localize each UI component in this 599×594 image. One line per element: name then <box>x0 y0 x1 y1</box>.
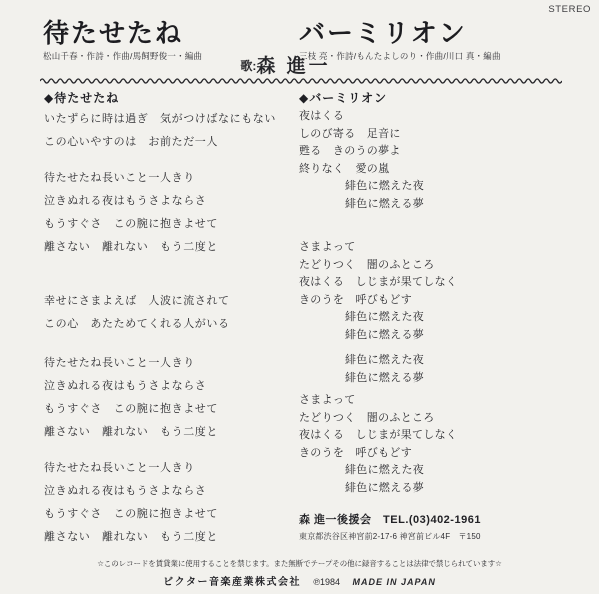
lyric-line: いたずらに時は過ぎ 気がつけばなにもない <box>44 108 298 131</box>
rental-notice: ☆このレコードを賃貸業に使用することを禁じます。また無断でテープその他に録音する… <box>0 558 599 569</box>
lyric-line: 離さない 離れない もう二度と <box>44 421 298 444</box>
fan-club-name-tel: 森 進一後援会 TEL.(03)402-1961 <box>299 511 481 527</box>
lyric-line: 泣きぬれる夜はもうさよならさ <box>44 375 298 398</box>
lyric-line: 夜はくる <box>299 108 581 126</box>
stanza: さまよってたどりつく 闇のふところ夜はくる しじまが果てしなくきのうを 呼びもど… <box>299 392 581 497</box>
lyric-line: この心いやすのは お前ただ一人 <box>44 131 298 154</box>
lyric-line: 夜はくる しじまが果てしなく <box>299 274 581 292</box>
lyric-line: 夜はくる しじまが果てしなく <box>299 427 581 445</box>
lyrics-heading-left: ◆待たせたね <box>44 88 298 108</box>
wavy-divider <box>40 75 562 87</box>
lyric-line: 泣きぬれる夜はもうさよならさ <box>44 480 298 503</box>
lyric-line: もうすぐさ この腕に抱きよせて <box>44 213 298 236</box>
lyric-line: しのび寄る 足音に <box>299 126 581 144</box>
lyric-line: 待たせたね長いこと一人きり <box>44 167 298 190</box>
lyric-line: 緋色に燃える夢 <box>299 370 581 388</box>
lyric-line: 緋色に燃えた夜 <box>299 462 581 480</box>
lyrics-stanzas-left: いたずらに時は過ぎ 気がつけばなにもないこの心いやすのは お前ただ一人待たせたね… <box>44 108 298 549</box>
copyright-year: ℗1984 <box>313 577 340 587</box>
lyric-line: さまよって <box>299 392 581 410</box>
stanza: 待たせたね長いこと一人きり泣きぬれる夜はもうさよならさもうすぐさ この腕に抱きよ… <box>44 167 298 259</box>
lyric-line: きのうを 呼びもどす <box>299 445 581 463</box>
lyric-line: 甦る きのうの夢よ <box>299 143 581 161</box>
lyric-line: 緋色に燃えた夜 <box>299 309 581 327</box>
made-in-japan: MADE IN JAPAN <box>353 577 436 587</box>
stanza: さまよってたどりつく 闇のふところ夜はくる しじまが果てしなくきのうを 呼びもど… <box>299 239 581 344</box>
fan-club-block: 森 進一後援会 TEL.(03)402-1961 東京都渋谷区神宮前2-17-6… <box>299 511 481 542</box>
company-line: ビクター音楽産業株式会社 ℗1984 MADE IN JAPAN <box>0 572 599 590</box>
lyric-line: もうすぐさ この腕に抱きよせて <box>44 503 298 526</box>
stanza: 緋色に燃えた夜緋色に燃える夢 <box>299 352 581 387</box>
lyrics-heading-right: ◆バーミリオン <box>299 88 581 108</box>
lyric-line: 緋色に燃えた夜 <box>299 178 581 196</box>
lyric-line: 緋色に燃えた夜 <box>299 352 581 370</box>
stanza: 夜はくるしのび寄る 足音に甦る きのうの夢よ終りなく 愛の嵐緋色に燃えた夜緋色に… <box>299 108 581 213</box>
record-sleeve-lyric-sheet: STEREO 待たせたね 松山千春・作詩・作曲/馬飼野俊一・編曲 バーミリオン … <box>0 0 599 594</box>
lyric-line: 幸せにさまよえば 人波に流されて <box>44 290 298 313</box>
lyric-line: もうすぐさ この腕に抱きよせて <box>44 398 298 421</box>
lyrics-stanzas-right: 夜はくるしのび寄る 足音に甦る きのうの夢よ終りなく 愛の嵐緋色に燃えた夜緋色に… <box>299 108 581 497</box>
fan-club-address: 東京都渋谷区神宮前2-17-6 神宮前ビル4F 〒150 <box>299 531 481 542</box>
stanza: 待たせたね長いこと一人きり泣きぬれる夜はもうさよならさもうすぐさ この腕に抱きよ… <box>44 352 298 444</box>
lyric-line: この心 あたためてくれる人がいる <box>44 313 298 336</box>
stanza: いたずらに時は過ぎ 気がつけばなにもないこの心いやすのは お前ただ一人 <box>44 108 298 154</box>
lyric-line: 待たせたね長いこと一人きり <box>44 352 298 375</box>
footer: ☆このレコードを賃貸業に使用することを禁じます。また無断でテープその他に録音する… <box>0 558 599 590</box>
lyrics-column-left: ◆待たせたね いたずらに時は過ぎ 気がつけばなにもないこの心いやすのは お前ただ… <box>44 88 298 549</box>
lyric-line: 離さない 離れない もう二度と <box>44 236 298 259</box>
singer-line: 歌:森 進一 <box>0 51 571 78</box>
singer-label: 歌: <box>240 59 256 73</box>
lyric-line: 泣きぬれる夜はもうさよならさ <box>44 190 298 213</box>
singer-name: 森 進一 <box>256 56 330 77</box>
lyric-line: たどりつく 闇のふところ <box>299 257 581 275</box>
lyrics-column-right: ◆バーミリオン 夜はくるしのび寄る 足音に甦る きのうの夢よ終りなく 愛の嵐緋色… <box>299 88 581 497</box>
lyric-line: 離さない 離れない もう二度と <box>44 526 298 549</box>
lyric-line: 待たせたね長いこと一人きり <box>44 457 298 480</box>
lyric-line: さまよって <box>299 239 581 257</box>
lyric-line: 緋色に燃える夢 <box>299 327 581 345</box>
lyric-line: 緋色に燃える夢 <box>299 196 581 214</box>
lyric-line: 終りなく 愛の嵐 <box>299 161 581 179</box>
stanza: 待たせたね長いこと一人きり泣きぬれる夜はもうさよならさもうすぐさ この腕に抱きよ… <box>44 457 298 549</box>
lyric-line: たどりつく 闇のふところ <box>299 410 581 428</box>
song-title-right: バーミリオン <box>299 19 501 47</box>
company-name: ビクター音楽産業株式会社 <box>163 577 301 588</box>
lyric-line: きのうを 呼びもどす <box>299 292 581 310</box>
lyric-line: 緋色に燃える夢 <box>299 480 581 498</box>
song-title-left: 待たせたね <box>43 19 202 47</box>
stereo-label: STEREO <box>548 4 591 15</box>
stanza: 幸せにさまよえば 人波に流されてこの心 あたためてくれる人がいる <box>44 290 298 336</box>
